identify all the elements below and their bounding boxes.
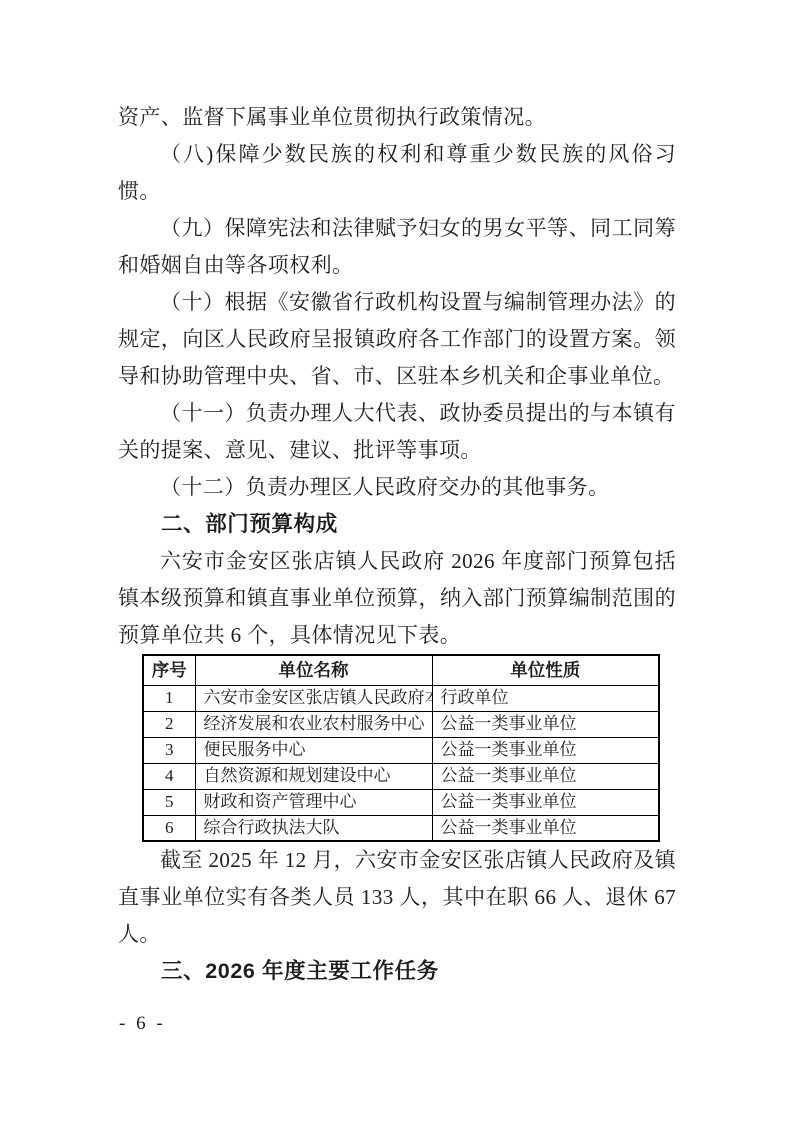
table-row: 2 经济发展和农业农村服务中心 公益一类事业单位 — [143, 711, 659, 737]
cell-unit-name: 便民服务中心 — [195, 737, 432, 763]
paragraph-item-11: （十一）负责办理人大代表、政协委员提出的与本镇有关的提案、意见、建议、批评等事项… — [118, 395, 676, 469]
paragraph-item-8: （八)保障少数民族的权利和尊重少数民族的风俗习惯。 — [118, 136, 676, 210]
paragraph-item-9: （九）保障宪法和法律赋予妇女的男女平等、同工同筹和婚姻自由等各项权利。 — [118, 210, 676, 284]
document-body: 资产、监督下属事业单位贯彻执行政策情况。 （八)保障少数民族的权利和尊重少数民族… — [118, 99, 676, 990]
cell-unit-nature: 行政单位 — [432, 685, 659, 711]
footer-page-number: - 6 - — [119, 1013, 166, 1035]
table-row: 5 财政和资产管理中心 公益一类事业单位 — [143, 789, 659, 815]
cell-unit-name: 自然资源和规划建设中心 — [195, 763, 432, 789]
cell-seq: 4 — [143, 763, 195, 789]
cell-unit-name: 经济发展和农业农村服务中心 — [195, 711, 432, 737]
cell-unit-nature: 公益一类事业单位 — [432, 711, 659, 737]
cell-seq: 2 — [143, 711, 195, 737]
cell-unit-nature: 公益一类事业单位 — [432, 737, 659, 763]
table-header-unit-nature: 单位性质 — [432, 655, 659, 685]
table-row: 4 自然资源和规划建设中心 公益一类事业单位 — [143, 763, 659, 789]
table-row: 6 综合行政执法大队 公益一类事业单位 — [143, 815, 659, 841]
section-heading-2026-tasks: 三、2026 年度主要工作任务 — [118, 953, 676, 990]
budget-units-table: 序号 单位名称 单位性质 1 六安市金安区张店镇人民政府本级 行政单位 2 经济… — [142, 654, 660, 842]
cell-unit-name: 六安市金安区张店镇人民政府本级 — [195, 685, 432, 711]
table-header-seq: 序号 — [143, 655, 195, 685]
cell-unit-nature: 公益一类事业单位 — [432, 763, 659, 789]
paragraph-budget-intro: 六安市金安区张店镇人民政府 2026 年度部门预算包括镇本级预算和镇直事业单位预… — [118, 543, 676, 654]
table-header-unit-name: 单位名称 — [195, 655, 432, 685]
cell-unit-nature: 公益一类事业单位 — [432, 815, 659, 841]
section-heading-budget-composition: 二、部门预算构成 — [118, 506, 676, 543]
cell-unit-name: 财政和资产管理中心 — [195, 789, 432, 815]
table-row: 3 便民服务中心 公益一类事业单位 — [143, 737, 659, 763]
paragraph-staffing: 截至 2025 年 12 月，六安市金安区张店镇人民政府及镇直事业单位实有各类人… — [118, 842, 676, 953]
paragraph-item-12: （十二）负责办理区人民政府交办的其他事务。 — [118, 469, 676, 506]
table-row: 1 六安市金安区张店镇人民政府本级 行政单位 — [143, 685, 659, 711]
cell-seq: 1 — [143, 685, 195, 711]
cell-seq: 6 — [143, 815, 195, 841]
cell-unit-nature: 公益一类事业单位 — [432, 789, 659, 815]
cell-seq: 3 — [143, 737, 195, 763]
paragraph-item-10: （十）根据《安徽省行政机构设置与编制管理办法》的规定，向区人民政府呈报镇政府各工… — [118, 284, 676, 395]
table-header-row: 序号 单位名称 单位性质 — [143, 655, 659, 685]
cell-seq: 5 — [143, 789, 195, 815]
cell-unit-name: 综合行政执法大队 — [195, 815, 432, 841]
document-page: 资产、监督下属事业单位贯彻执行政策情况。 （八)保障少数民族的权利和尊重少数民族… — [0, 0, 793, 1122]
paragraph-continuation: 资产、监督下属事业单位贯彻执行政策情况。 — [118, 99, 676, 136]
